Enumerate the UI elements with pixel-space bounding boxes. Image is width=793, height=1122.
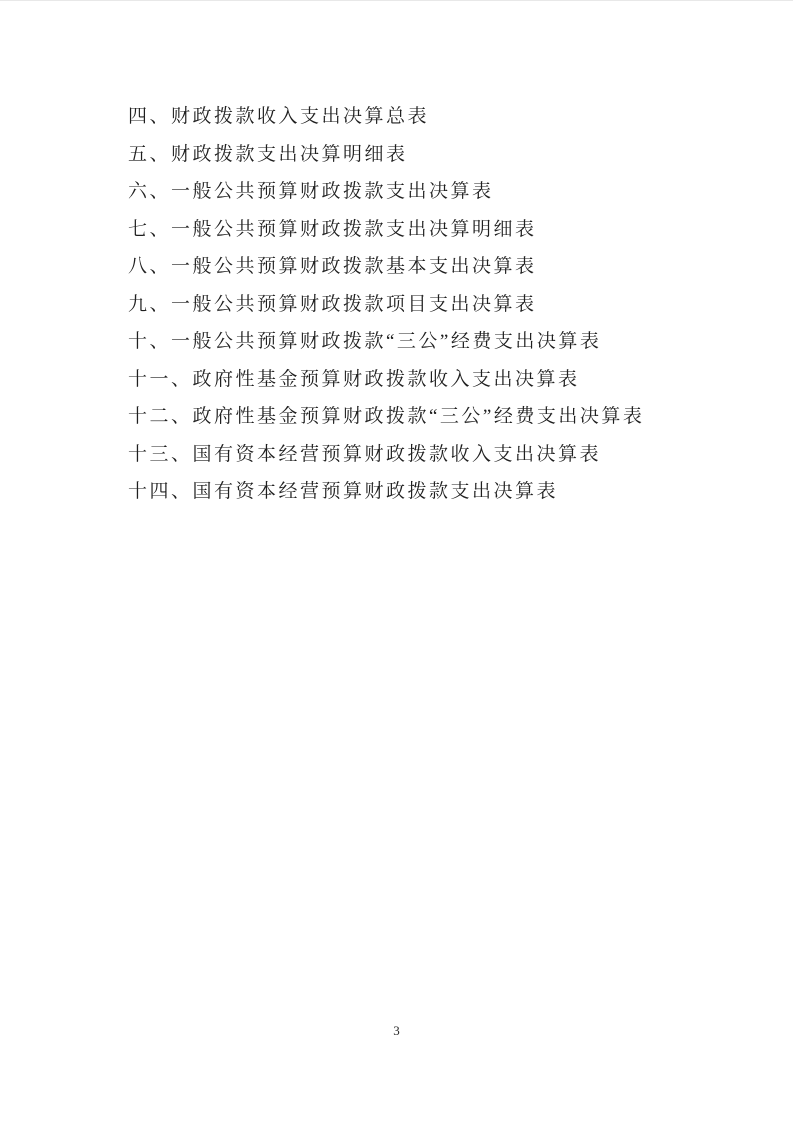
document-page: 四、财政拨款收入支出决算总表 五、财政拨款支出决算明细表 六、一般公共预算财政拨… (0, 0, 793, 1122)
toc-item: 十三、国有资本经营预算财政拨款收入支出决算表 (128, 436, 644, 474)
toc-item: 五、财政拨款支出决算明细表 (128, 136, 644, 174)
toc-item: 四、财政拨款收入支出决算总表 (128, 98, 644, 136)
toc-item: 七、一般公共预算财政拨款支出决算明细表 (128, 211, 644, 249)
toc-item: 十二、政府性基金预算财政拨款“三公”经费支出决算表 (128, 398, 644, 436)
page-number: 3 (0, 1023, 793, 1039)
table-of-contents: 四、财政拨款收入支出决算总表 五、财政拨款支出决算明细表 六、一般公共预算财政拨… (128, 98, 644, 511)
toc-item: 九、一般公共预算财政拨款项目支出决算表 (128, 286, 644, 324)
toc-item: 十一、政府性基金预算财政拨款收入支出决算表 (128, 361, 644, 399)
toc-item: 十、一般公共预算财政拨款“三公”经费支出决算表 (128, 323, 644, 361)
toc-item: 八、一般公共预算财政拨款基本支出决算表 (128, 248, 644, 286)
toc-item: 十四、国有资本经营预算财政拨款支出决算表 (128, 473, 644, 511)
toc-item: 六、一般公共预算财政拨款支出决算表 (128, 173, 644, 211)
